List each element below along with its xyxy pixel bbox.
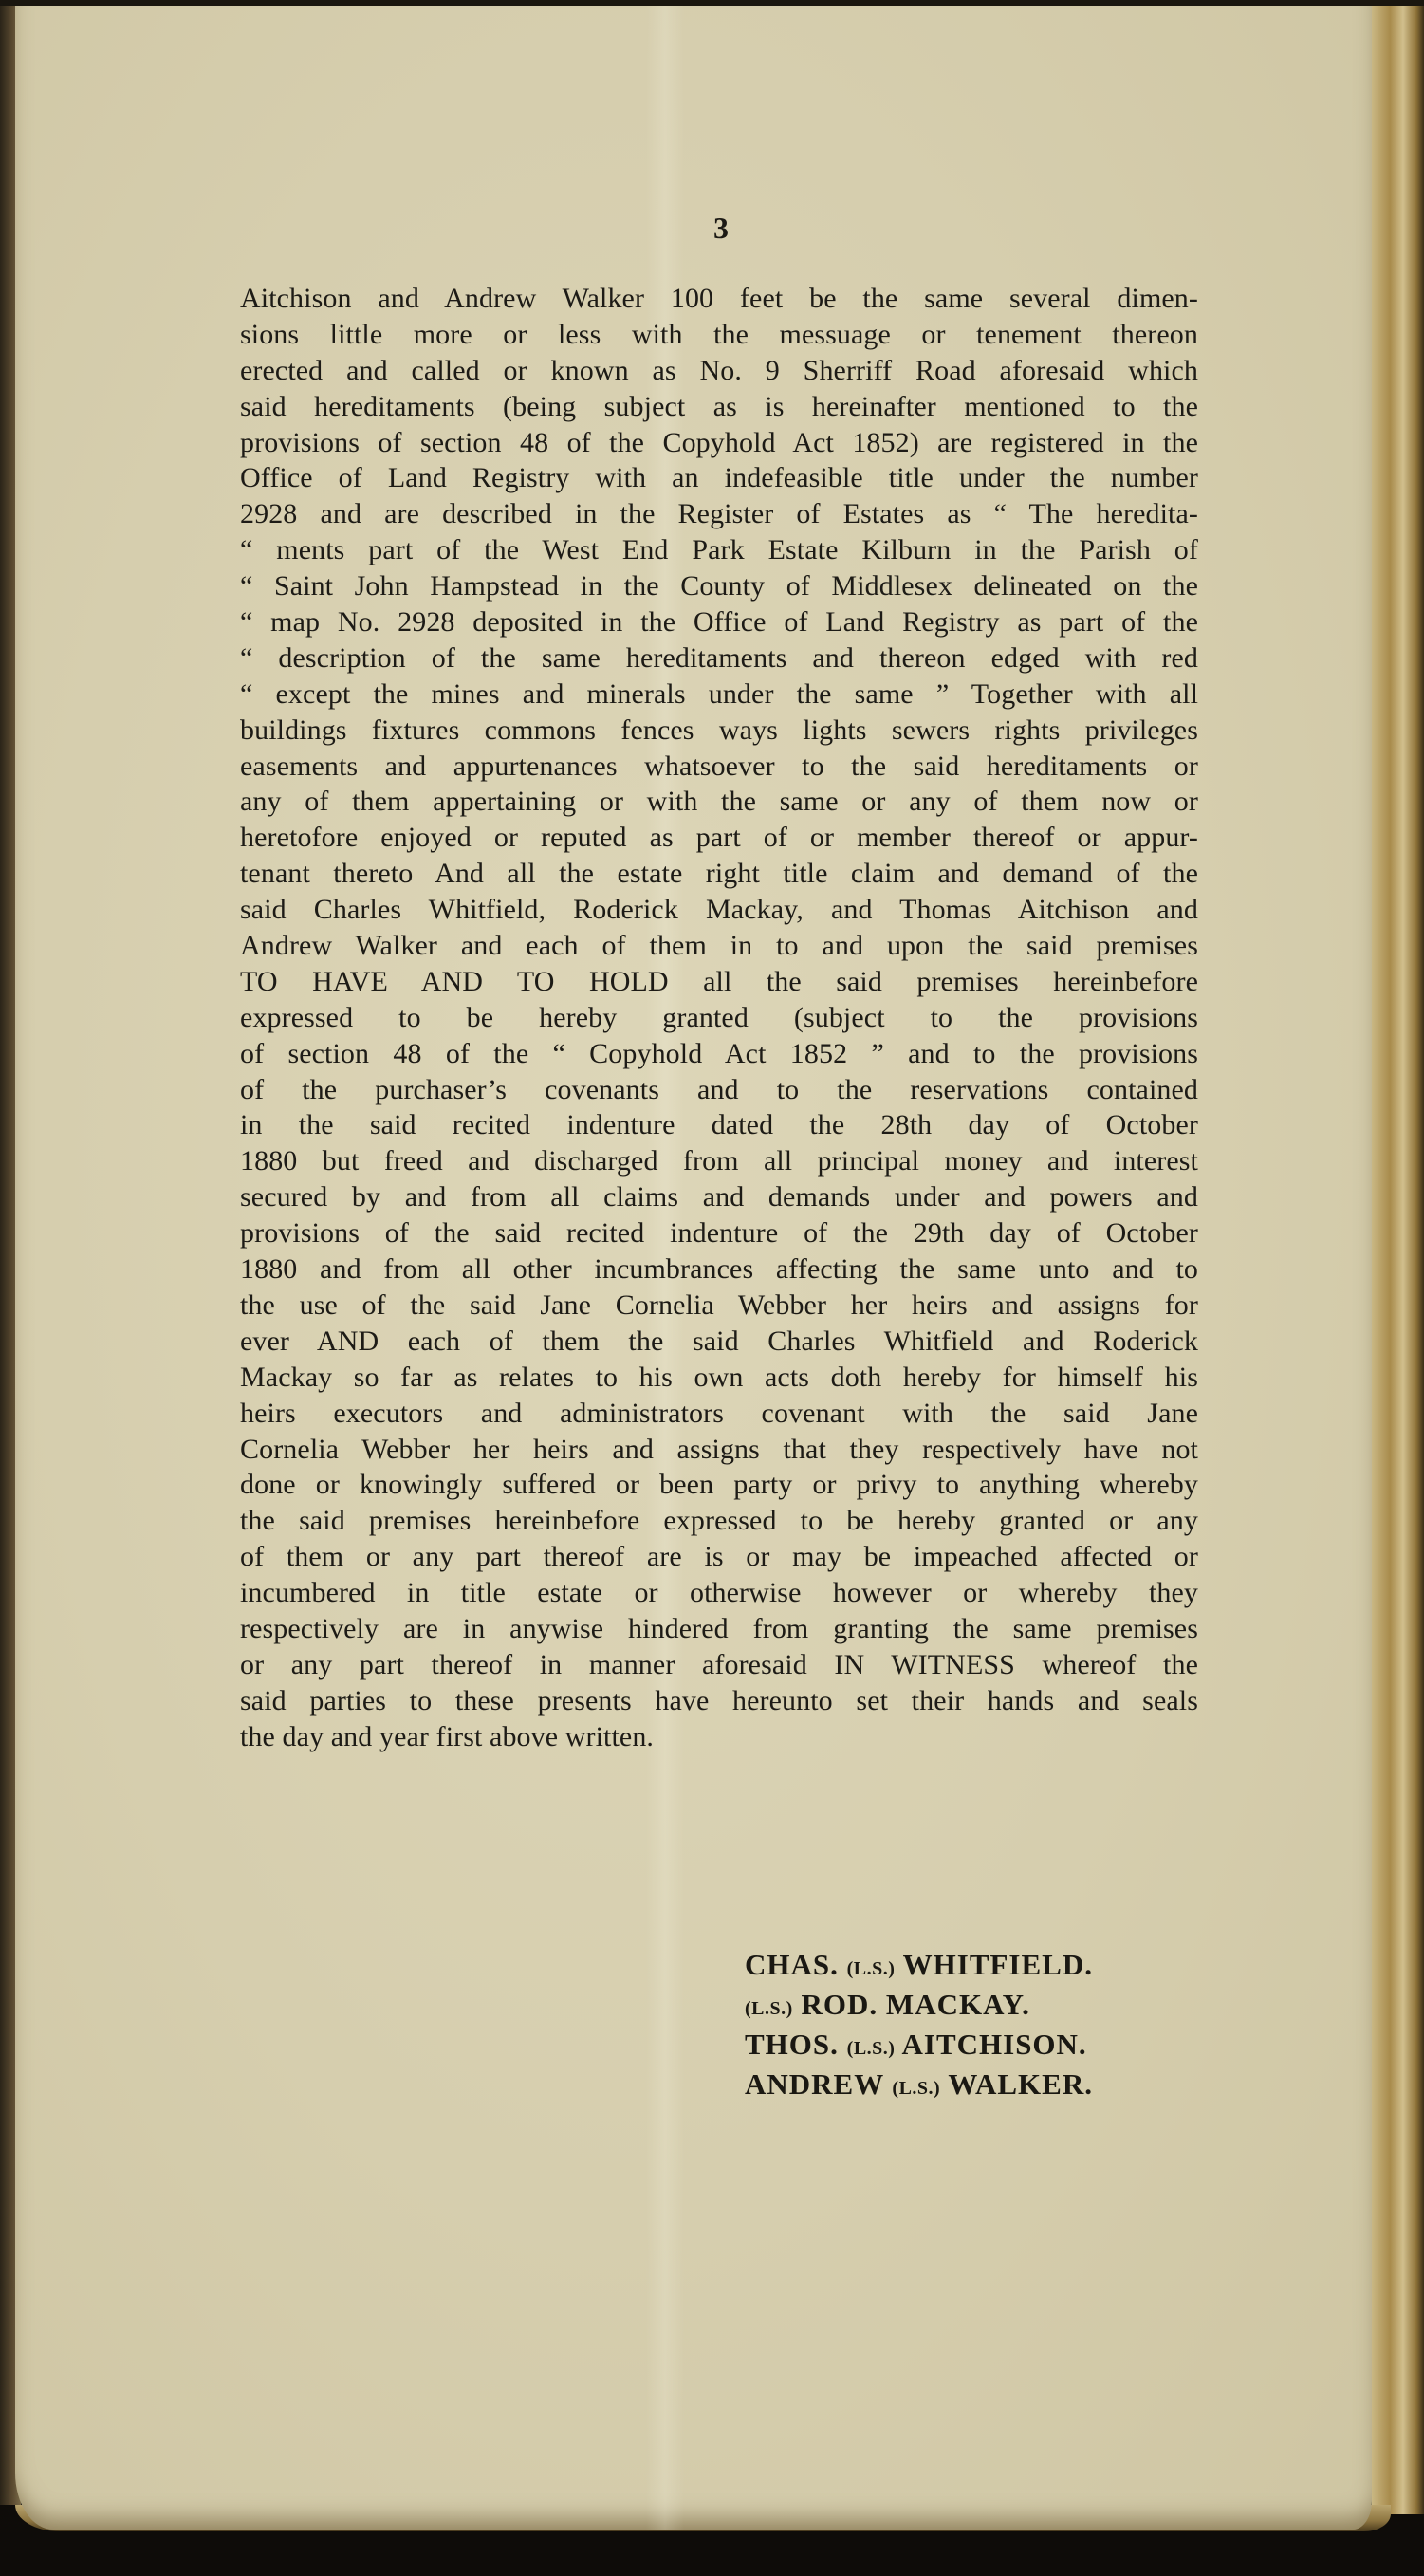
body-line: Cornelia Webber her heirs and assigns th…: [240, 1432, 1198, 1468]
signature-mackay: (L.S.) ROD. MACKAY.: [745, 1987, 1093, 2027]
body-line: of the purchaser’s covenants and to the …: [240, 1072, 1198, 1108]
signature-first-name: CHAS.: [745, 1948, 839, 1981]
body-line: “ description of the same hereditaments …: [240, 640, 1198, 676]
body-line: done or knowingly suffered or been party…: [240, 1467, 1198, 1503]
body-line: provisions of section 48 of the Copyhold…: [240, 425, 1198, 461]
body-line: secured by and from all claims and deman…: [240, 1179, 1198, 1215]
body-line: Aitchison and Andrew Walker 100 feet be …: [240, 281, 1198, 317]
body-line: Mackay so far as relates to his own acts…: [240, 1360, 1198, 1396]
body-line: said Charles Whitfield, Roderick Mackay,…: [240, 892, 1198, 928]
signature-surname: AITCHISON.: [902, 2028, 1087, 2061]
body-line: of section 48 of the “ Copyhold Act 1852…: [240, 1036, 1198, 1072]
body-line: 2928 and are described in the Register o…: [240, 496, 1198, 532]
body-line: sions little more or less with the messu…: [240, 317, 1198, 353]
body-line: Office of Land Registry with an indefeas…: [240, 460, 1198, 496]
signature-walker: ANDREW (L.S.) WALKER.: [745, 2066, 1093, 2106]
deed-body-text: Aitchison and Andrew Walker 100 feet be …: [240, 281, 1198, 1755]
body-line: heretofore enjoyed or reputed as part of…: [240, 820, 1198, 856]
body-line: buildings fixtures commons fences ways l…: [240, 713, 1198, 749]
body-line: of them or any part thereof are is or ma…: [240, 1539, 1198, 1575]
body-line: “ ments part of the West End Park Estate…: [240, 532, 1198, 568]
signature-block: CHAS. (L.S.) WHITFIELD. (L.S.) ROD. MACK…: [745, 1947, 1093, 2106]
page-number: 3: [713, 211, 729, 246]
body-line: “ Saint John Hampstead in the County of …: [240, 568, 1198, 604]
seal-mark: (L.S.): [847, 1958, 896, 1979]
body-line: provisions of the said recited indenture…: [240, 1215, 1198, 1251]
body-line: tenant thereto And all the estate right …: [240, 856, 1198, 892]
body-line: incumbered in title estate or otherwise …: [240, 1575, 1198, 1611]
body-line: erected and called or known as No. 9 She…: [240, 353, 1198, 389]
body-line: 1880 and from all other incumbrances aff…: [240, 1251, 1198, 1288]
testimonium-line: or any part thereof in manner aforesaid …: [240, 1647, 1198, 1683]
body-line: Andrew Walker and each of them in to and…: [240, 928, 1198, 964]
seal-mark: (L.S.): [847, 2038, 896, 2059]
signature-aitchison: THOS. (L.S.) AITCHISON.: [745, 2027, 1093, 2066]
body-line: any of them appertaining or with the sam…: [240, 784, 1198, 820]
body-line: “ except the mines and minerals under th…: [240, 676, 1198, 713]
signature-surname: WHITFIELD.: [903, 1948, 1093, 1981]
signature-whitfield: CHAS. (L.S.) WHITFIELD.: [745, 1947, 1093, 1987]
signature-surname: WALKER.: [948, 2067, 1093, 2101]
page-stack-edge: [1372, 0, 1424, 2514]
body-line: expressed to be hereby granted (subject …: [240, 1000, 1198, 1036]
signature-first-name: THOS.: [745, 2028, 839, 2061]
body-line: heirs executors and administrators coven…: [240, 1396, 1198, 1432]
top-binding-edge: [0, 0, 1424, 6]
body-line: 1880 but freed and discharged from all p…: [240, 1143, 1198, 1179]
body-line: said parties to these presents have here…: [240, 1683, 1198, 1719]
body-line: said hereditaments (being subject as is …: [240, 389, 1198, 425]
body-line: in the said recited indenture dated the …: [240, 1107, 1198, 1143]
signature-surname: ROD. MACKAY.: [802, 1988, 1030, 2021]
body-line: “ map No. 2928 deposited in the Office o…: [240, 604, 1198, 640]
body-line: the use of the said Jane Cornelia Webber…: [240, 1288, 1198, 1324]
body-line: the said premises hereinbefore expressed…: [240, 1503, 1198, 1539]
body-line: ever AND each of them the said Charles W…: [240, 1324, 1198, 1360]
body-line-final: the day and year first above written.: [240, 1719, 1198, 1755]
signature-first-name: ANDREW: [745, 2067, 884, 2101]
habendum-line: TO HAVE AND TO HOLD all the said premise…: [240, 964, 1198, 1000]
seal-mark: (L.S.): [745, 1998, 793, 2019]
body-line: respectively are in anywise hindered fro…: [240, 1611, 1198, 1647]
body-line: easements and appurtenances whatsoever t…: [240, 749, 1198, 785]
seal-mark: (L.S.): [892, 2078, 940, 2099]
